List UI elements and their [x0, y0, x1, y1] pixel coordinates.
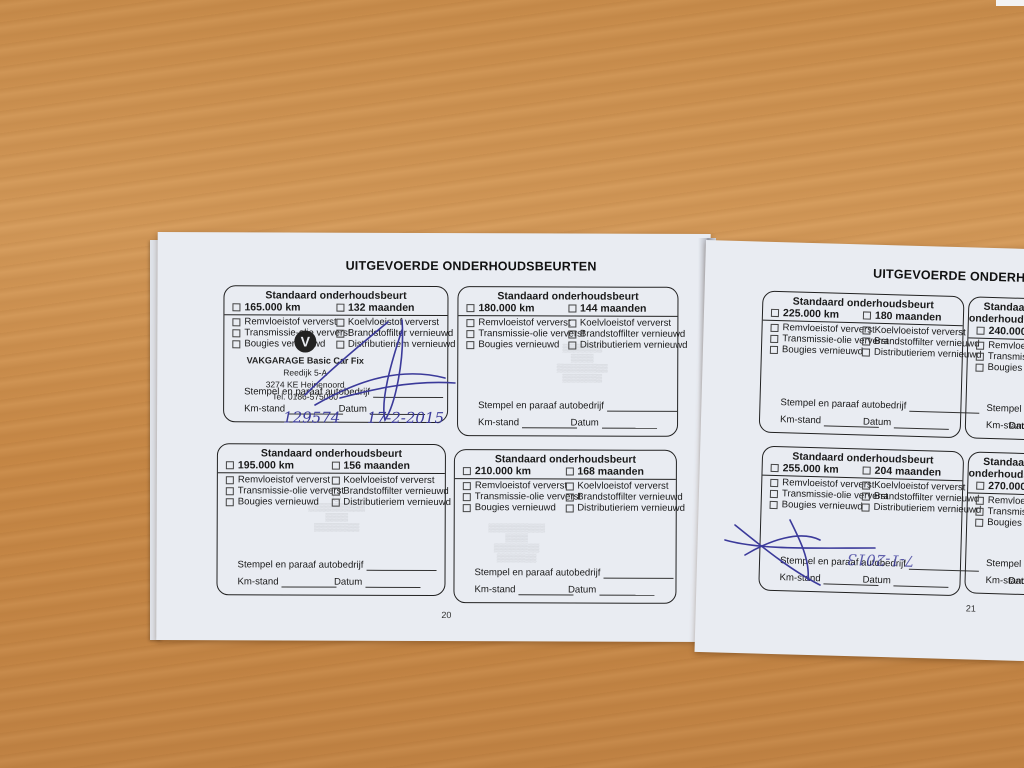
checkbox-icon[interactable] [226, 487, 234, 495]
task-label: Koelvloeistof ververst [348, 317, 439, 328]
checkbox-icon[interactable] [862, 492, 870, 500]
km-field: Km-stand [478, 417, 571, 428]
signature-label: Stempel en paraaf autobedrijf [780, 397, 906, 412]
checkbox-icon[interactable] [226, 498, 234, 506]
mileage-label: 195.000 km [238, 459, 294, 471]
task-item: Brandstoffilter vernieuwd [565, 491, 668, 502]
signature-label: Stempel en paraaf autobedrijf [478, 400, 604, 411]
checkbox-icon[interactable] [975, 507, 983, 515]
signature-line [366, 570, 436, 571]
date-field: Datum [1009, 421, 1024, 433]
service-entry-225000: Standaard onderhoudsbeurt225.000 km180 m… [759, 291, 965, 439]
task-label: Bougies vernieuwd [987, 362, 1024, 375]
date-label: Datum [1009, 421, 1024, 433]
date-field: Datum [862, 575, 945, 588]
date-field: Datum [571, 417, 664, 428]
months-option: 168 maanden [565, 465, 668, 477]
mileage-label: 180.000 km [478, 302, 534, 314]
mileage-option: 180.000 km [466, 302, 568, 314]
months-label: 144 maanden [580, 303, 647, 315]
checkbox-icon[interactable] [463, 467, 471, 475]
stamp-business-name: VAKGARAGE Basic Car Fix [235, 354, 375, 366]
mileage-row: 270.000 km [968, 479, 1024, 495]
task-item: Koelvloeistof ververst [336, 317, 440, 328]
date-line [894, 427, 949, 430]
checkbox-icon[interactable] [336, 318, 344, 326]
checkbox-icon[interactable] [862, 481, 870, 489]
footer-fields: Km-standDatum [985, 575, 1024, 587]
mileage-option: 255.000 km [770, 462, 862, 477]
handwritten-date-value: 17-2-2015 [367, 409, 444, 427]
task-label: Koelvloeistof ververst [580, 318, 671, 329]
signature-field: Stempel en paraaf autobedrijf [780, 397, 946, 413]
task-item: Remvloeistof ververst [976, 495, 1008, 507]
checkbox-icon[interactable] [331, 462, 339, 470]
task-item: Transmissie-olie ververst [466, 328, 568, 339]
task-label: Remvloeistof ververst [244, 316, 336, 327]
task-item: Koelvloeistof ververst [565, 480, 668, 491]
signature-label: Stempel en paraaf autobedrijf [475, 567, 601, 578]
task-item: Distributieriem vernieuwd [565, 502, 668, 513]
checkbox-icon[interactable] [568, 330, 576, 338]
task-item: Distributieriem vernieuwd [861, 501, 953, 515]
checkbox-icon[interactable] [770, 489, 778, 497]
checkbox-icon[interactable] [565, 504, 573, 512]
date-field: Datum [1008, 576, 1024, 588]
date-line [894, 585, 949, 588]
footer-fields: Km-standDatum [478, 417, 663, 429]
checkbox-icon[interactable] [565, 482, 573, 490]
task-row: Remvloeistof ververstKoelvloeistof verve… [224, 316, 447, 328]
handwritten-date-bleedthrough: 7-1-2013 [847, 550, 915, 570]
date-label: Datum [334, 577, 362, 588]
date-line [365, 587, 420, 588]
task-item: Koelvloeistof ververst [331, 475, 437, 486]
months-label: 168 maanden [577, 466, 644, 478]
task-item: Bougies vernieuwd [769, 499, 861, 513]
mileage-row: 195.000 km156 maanden [218, 459, 445, 474]
service-entry-255000: Standaard onderhoudsbeurt255.000 km204 m… [758, 446, 964, 597]
right-page: UITGEVOERDE ONDERHOUDSBEURTEN Standaard … [694, 240, 1024, 661]
task-row: Bougies vernieuwdDistributieriem vernieu… [455, 502, 676, 514]
checkbox-icon[interactable] [771, 309, 779, 317]
km-label: Km-stand [780, 414, 821, 426]
task-label: Koelvloeistof ververst [343, 475, 434, 486]
stamp-address-line: 3274 KE Heinenoord [235, 378, 375, 390]
task-row: Bougies vernieuwd [967, 361, 1024, 374]
page-number: 20 [441, 610, 451, 620]
signature-label: Stempel en paraaf autobedrijf [986, 558, 1024, 573]
checkbox-icon[interactable] [862, 348, 870, 356]
task-label: Remvloeistof ververst [475, 480, 567, 491]
checkbox-icon[interactable] [976, 327, 984, 335]
checkbox-icon[interactable] [466, 330, 474, 338]
paper-corner [996, 0, 1024, 6]
km-label: Km-stand [474, 584, 515, 595]
signature-line [373, 397, 443, 398]
months-option: 156 maanden [331, 460, 437, 472]
mileage-row: 240.000 km [968, 324, 1024, 340]
mileage-row: 210.000 km168 maanden [455, 465, 676, 480]
task-label: Brandstoffilter vernieuwd [577, 492, 682, 503]
task-row: Transmissie-olie ververstBrandstoffilter… [458, 328, 677, 340]
mileage-row: 165.000 km132 maanden [224, 301, 447, 316]
checkbox-icon[interactable] [226, 476, 234, 484]
checkbox-icon[interactable] [863, 466, 871, 474]
task-label: Remvloeistof ververst [238, 474, 330, 485]
checkbox-icon[interactable] [770, 345, 778, 353]
garage-stamp: V VAKGARAGE Basic Car Fix Reedijk 5-A 32… [235, 330, 375, 402]
task-item: Bougies vernieuwd [463, 502, 566, 513]
checkbox-icon[interactable] [565, 467, 573, 475]
date-label: Datum [571, 417, 599, 428]
km-field: Km-stand [779, 572, 862, 585]
km-line [282, 586, 337, 587]
task-label: Brandstoffilter vernieuwd [580, 329, 685, 340]
task-row: Bougies vernieuwd [967, 516, 1024, 529]
task-item: Transmissie-olie ververst [975, 506, 1007, 518]
months-option: 204 maanden [862, 464, 954, 479]
date-label: Datum [339, 404, 367, 415]
mileage-option: 225.000 km [771, 307, 863, 322]
date-field: Datum [863, 416, 946, 429]
km-field: Km-stand [474, 584, 568, 595]
task-item: Transmissie-olie ververst [976, 351, 1008, 363]
left-page: UITGEVOERDE ONDERHOUDSBEURTEN Standaard … [156, 232, 710, 642]
task-row: Transmissie-olie ververstBrandstoffilter… [455, 491, 676, 503]
date-label: Datum [863, 416, 892, 428]
footer-fields: Km-standDatum [474, 584, 661, 596]
footer-fields: Km-standDatum [780, 414, 946, 430]
mileage-option: 195.000 km [226, 459, 332, 471]
mileage-label: 255.000 km [782, 462, 838, 476]
task-label: Bougies vernieuwd [782, 344, 863, 357]
entry-heading: Standaard onderhoudsbeurt [224, 289, 447, 302]
km-label: Km-stand [244, 403, 285, 414]
entry-heading: Standaard onderhoudsbeurt [455, 453, 676, 466]
faint-stamp-bleedthrough: ▒▒▒▒▒▒▒▒▒▒▒▒▒▒▒▒▒▒▒▒▒▒▒▒▒▒▒▒▒ [457, 523, 577, 563]
mileage-label: 210.000 km [475, 465, 531, 477]
mileage-label: 225.000 km [783, 307, 839, 321]
checkbox-icon[interactable] [862, 326, 870, 334]
task-item: Remvloeistof ververst [463, 480, 566, 491]
months-option: 180 maanden [863, 309, 955, 324]
entry-heading: Standaard onderhoudsbeurt [968, 455, 1024, 481]
task-item: Koelvloeistof ververst [568, 317, 670, 328]
checkbox-icon[interactable] [565, 493, 573, 501]
months-label: 180 maanden [875, 310, 942, 324]
months-label: 204 maanden [874, 465, 941, 479]
km-field: Km-stand [986, 420, 1009, 432]
date-label: Datum [862, 575, 891, 587]
mileage-row: 180.000 km144 maanden [458, 302, 677, 317]
signature-field: Stempel en paraaf autobedrijf [475, 567, 662, 579]
mileage-option: 270.000 km [976, 480, 1008, 493]
checkbox-icon[interactable] [770, 500, 778, 508]
months-option: 144 maanden [568, 302, 670, 314]
checkbox-icon[interactable] [232, 318, 240, 326]
task-label: Bougies vernieuwd [781, 499, 862, 512]
task-item: Remvloeistof ververst [226, 474, 332, 485]
task-item: Brandstoffilter vernieuwd [568, 328, 670, 339]
checkbox-icon[interactable] [463, 504, 471, 512]
mileage-label: 270.000 km [988, 480, 1024, 494]
checkbox-icon[interactable] [770, 323, 778, 331]
km-label: Km-stand [237, 576, 278, 587]
footer-fields: Km-standDatum [986, 420, 1024, 432]
checkbox-icon[interactable] [336, 304, 344, 312]
months-label: 156 maanden [343, 460, 410, 472]
date-field: Datum [568, 584, 662, 595]
checkbox-icon[interactable] [463, 493, 471, 501]
date-field: Datum [334, 577, 431, 588]
task-label: Koelvloeistof ververst [577, 481, 668, 492]
mileage-option: 240.000 km [976, 325, 1008, 338]
checkbox-icon[interactable] [463, 482, 471, 490]
task-label: Bougies vernieuwd [987, 517, 1024, 530]
entry-heading: Standaard onderhoudsbeurt [458, 290, 677, 303]
task-item: Bougies vernieuwd [975, 362, 1007, 374]
date-line [602, 428, 657, 429]
task-item: Remvloeistof ververst [466, 317, 568, 328]
date-label: Datum [568, 584, 596, 595]
checkbox-icon[interactable] [466, 304, 474, 312]
checkbox-icon[interactable] [232, 303, 240, 311]
signature-label: Stempel en paraaf autobedrijf [986, 403, 1024, 418]
task-item: Transmissie-olie ververst [463, 491, 566, 502]
handwritten-km-value: 129574 [283, 408, 340, 426]
service-entry-240000: Standaard onderhoudsbeurt240.000 kmRemvl… [965, 296, 1024, 440]
signature-line [607, 411, 677, 412]
checkbox-icon[interactable] [863, 311, 871, 319]
task-label: Remvloeistof ververst [478, 317, 570, 328]
months-label: 132 maanden [348, 302, 415, 314]
signature-label: Stempel en paraaf autobedrijf [238, 559, 364, 570]
task-label: Distributieriem vernieuwd [873, 502, 981, 516]
km-line [519, 594, 574, 595]
task-row: Remvloeistof ververstKoelvloeistof verve… [218, 474, 445, 486]
page-title: UITGEVOERDE ONDERHOUDSBEURTEN [873, 267, 1024, 288]
task-label: Distributieriem vernieuwd [577, 503, 685, 514]
mileage-label: 165.000 km [244, 301, 300, 313]
checkbox-icon[interactable] [976, 341, 984, 349]
task-item: Remvloeistof ververst [232, 316, 336, 327]
checkbox-icon[interactable] [862, 337, 870, 345]
checkbox-icon[interactable] [770, 334, 778, 342]
checkbox-icon[interactable] [861, 503, 869, 511]
entry-heading: Standaard onderhoudsbeurt [218, 447, 445, 460]
signature-field: Stempel en paraaf autobedrijf [986, 403, 1024, 415]
signature-field: Stempel en paraaf autobedrijf [238, 559, 431, 571]
stamp-phone-line: Tel. 0186-575060 [235, 390, 375, 402]
checkbox-icon[interactable] [770, 478, 778, 486]
footer-fields: Km-standDatum [237, 576, 430, 588]
km-line [522, 427, 577, 428]
checkbox-icon[interactable] [466, 319, 474, 327]
months-option: 132 maanden [336, 302, 440, 314]
task-item: Bougies vernieuwd [770, 344, 862, 358]
mileage-label: 240.000 km [988, 325, 1024, 339]
signature-field: Stempel en paraaf autobedrijf [986, 558, 1024, 570]
checkbox-icon[interactable] [771, 464, 779, 472]
stamp-address-line: Reedijk 5-A [235, 366, 375, 378]
checkbox-icon[interactable] [975, 363, 983, 371]
km-field: Km-stand [780, 414, 863, 427]
task-row: Remvloeistof ververstKoelvloeistof verve… [455, 480, 676, 492]
checkbox-icon[interactable] [568, 319, 576, 327]
checkbox-icon[interactable] [976, 482, 984, 490]
mileage-option: 210.000 km [463, 465, 566, 477]
faint-stamp-bleedthrough: ◯▒▒▒▒▒▒▒▒▒▒▒▒▒▒▒▒▒▒▒▒▒▒ [267, 492, 407, 532]
page-title: UITGEVOERDE ONDERHOUDSBEURTEN [346, 259, 597, 274]
signature-line [603, 578, 673, 579]
date-line [599, 595, 654, 596]
footer-fields: Km-standDatum [779, 572, 945, 588]
vakgarage-logo-icon: V [294, 331, 316, 353]
task-item: Distributieriem vernieuwd [862, 346, 954, 360]
checkbox-icon[interactable] [331, 476, 339, 484]
mileage-option: 165.000 km [232, 301, 336, 313]
page-number: 21 [966, 603, 976, 613]
task-item: Bougies vernieuwd [975, 517, 1007, 529]
checkbox-icon[interactable] [976, 352, 984, 360]
checkbox-icon[interactable] [568, 304, 576, 312]
checkbox-icon[interactable] [226, 461, 234, 469]
service-entry-270000: Standaard onderhoudsbeurt270.000 kmRemvl… [964, 451, 1024, 595]
entry-heading: Standaard onderhoudsbeurt [969, 300, 1024, 326]
km-label: Km-stand [478, 417, 519, 428]
checkbox-icon[interactable] [976, 496, 984, 504]
task-row: Remvloeistof ververstKoelvloeistof verve… [458, 317, 677, 329]
km-label: Km-stand [779, 572, 820, 584]
km-field: Km-stand [237, 576, 334, 587]
task-item: Remvloeistof ververst [976, 340, 1008, 352]
task-label: Bougies vernieuwd [475, 502, 556, 513]
date-label: Datum [1008, 576, 1024, 588]
checkbox-icon[interactable] [466, 341, 474, 349]
checkbox-icon[interactable] [975, 518, 983, 526]
faint-stamp-bleedthrough: ▒▒▒▒▒▒▒▒▒▒▒▒▒▒▒▒▒▒▒▒▒▒▒▒▒▒▒ [527, 343, 637, 383]
task-label: Distributieriem vernieuwd [874, 347, 982, 361]
signature-field: Stempel en paraaf autobedrijf [478, 400, 663, 412]
km-field: Km-stand [985, 575, 1008, 587]
